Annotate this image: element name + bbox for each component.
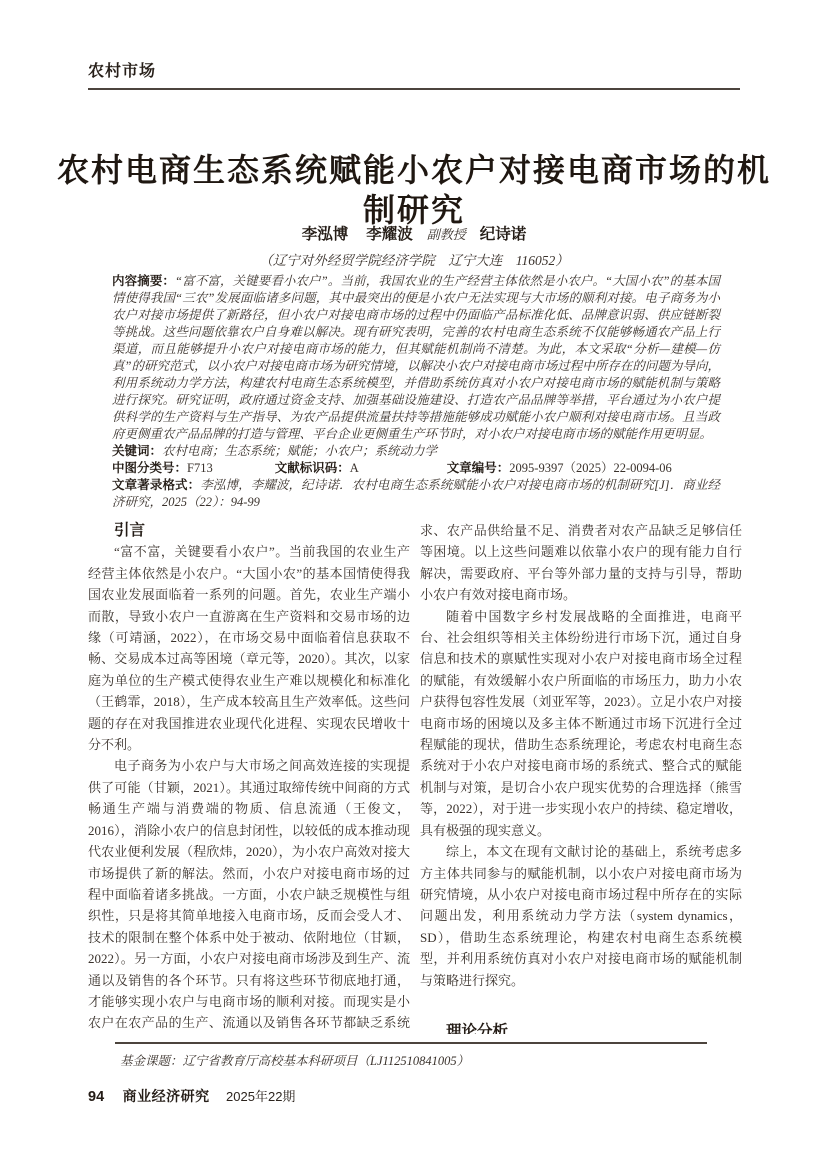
article-id: 文章编号：2095-9397（2025）22-0094-06 <box>447 460 672 477</box>
keywords-label: 关键词： <box>112 444 162 458</box>
citation-format: 文章著录格式：李泓博，李耀波，纪诗诺．农村电商生态系统赋能小农户对接电商市场的机… <box>112 477 720 511</box>
page-number: 94 <box>88 1089 104 1105</box>
author-name-3: 纪诗诺 <box>480 226 527 243</box>
document-code: 文献标识码：A <box>275 460 359 477</box>
article-body: 引言 “富不富，关键要看小农户”。当前我国的农业生产经营主体依然是小农户。“大国… <box>88 520 742 1034</box>
author-name-2: 李耀波 <box>366 226 413 243</box>
theory-heading: 理论分析 <box>420 1021 742 1034</box>
fund-note: 基金课题：辽宁省教育厅高校基本科研项目（LJ112510841005） <box>120 1051 720 1069</box>
keywords-text: 农村电商；生态系统；赋能；小农户；系统动力学 <box>162 444 437 458</box>
author-title: 副教授 <box>427 227 466 242</box>
abstract: 内容摘要：“富不富，关键要看小农户”。当前，我国农业的生产经营主体依然是小农户。… <box>112 273 720 443</box>
author-line: 李泓博 李耀波 副教授 纪诗诺 <box>44 222 784 244</box>
keywords: 关键词：农村电商；生态系统；赋能；小农户；系统动力学 <box>112 443 720 460</box>
left-column: 引言 “富不富，关键要看小农户”。当前我国的农业生产经营主体依然是小农户。“大国… <box>88 520 410 1034</box>
author-name-1: 李泓博 <box>302 226 349 243</box>
journal-page: 农村市场 农村电商生态系统赋能小农户对接电商市场的机制研究 李泓博 李耀波 副教… <box>0 0 827 1160</box>
paragraph-continuation: 求、农产品供给量不足、消费者对农产品缺乏足够信任等困境。以上这些问题难以依靠小农… <box>420 520 742 606</box>
footnote-divider <box>115 1042 707 1044</box>
affiliation: （辽宁对外经贸学院经济学院 辽宁大连 116052） <box>44 249 784 269</box>
column-header: 农村市场 <box>88 58 740 90</box>
abstract-label: 内容摘要： <box>112 274 175 288</box>
citation-text: 李泓博，李耀波，纪诗诺．农村电商生态系统赋能小农户对接电商市场的机制研究[J]．… <box>112 478 720 509</box>
paragraph: 电子商务为小农户与大市场之间高效连接的实现提供了可能（甘颖，2021）。其通过取… <box>88 755 410 1034</box>
abstract-block: 内容摘要：“富不富，关键要看小农户”。当前，我国农业的生产经营主体依然是小农户。… <box>112 273 720 511</box>
journal-name: 商业经济研究 <box>123 1088 210 1104</box>
citation-label: 文章著录格式： <box>112 478 200 492</box>
clc-number: 中图分类号：F713 <box>112 460 213 477</box>
page-footer: 94 商业经济研究 2025年22期 <box>88 1086 740 1106</box>
classification-row: 中图分类号：F713 文献标识码：A 文章编号：2095-9397（2025）2… <box>112 460 720 477</box>
intro-heading: 引言 <box>88 520 410 541</box>
paragraph: “富不富，关键要看小农户”。当前我国的农业生产经营主体依然是小农户。“大国小农”… <box>88 541 410 755</box>
section-label: 农村市场 <box>88 63 156 80</box>
issue-label: 2025年22期 <box>226 1089 295 1104</box>
article-title: 农村电商生态系统赋能小农户对接电商市场的机制研究 <box>44 150 784 230</box>
paragraph: 随着中国数字乡村发展战略的全面推进，电商平台、社会组织等相关主体纷纷进行市场下沉… <box>420 606 742 841</box>
right-column: 求、农产品供给量不足、消费者对农产品缺乏足够信任等困境。以上这些问题难以依靠小农… <box>420 520 742 1034</box>
abstract-text: “富不富，关键要看小农户”。当前，我国农业的生产经营主体依然是小农户。“大国小农… <box>112 274 720 441</box>
paragraph: 综上，本文在现有文献讨论的基础上，系统考虑多方主体共同参与的赋能机制，以小农户对… <box>420 841 742 991</box>
